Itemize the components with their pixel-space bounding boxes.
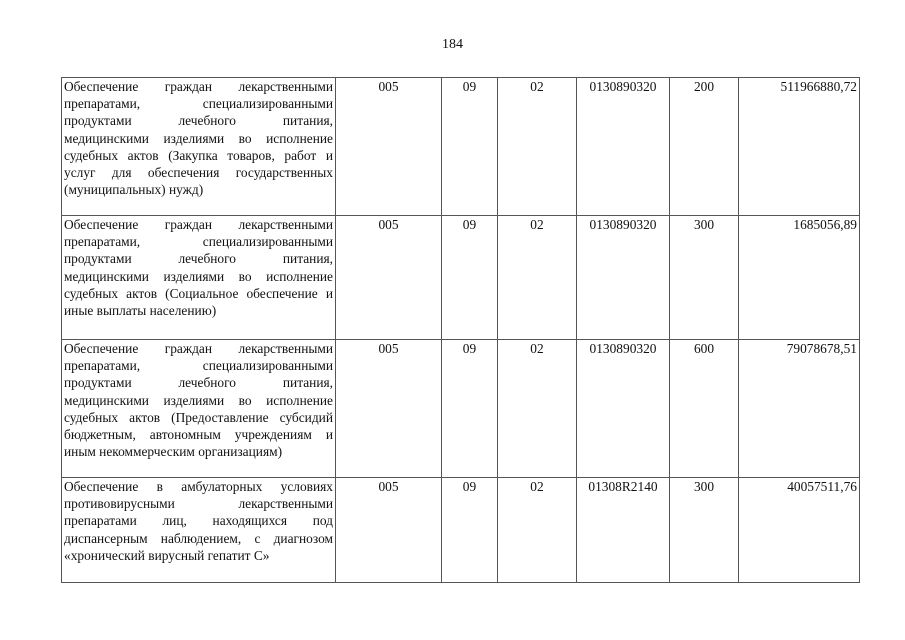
ministry-code: 005 <box>336 478 442 583</box>
subsection-code: 02 <box>498 340 577 478</box>
budget-table: Обеспечение граждан лекарственными препа… <box>61 77 860 583</box>
ministry-code: 005 <box>336 78 442 216</box>
amount: 511966880,72 <box>739 78 860 216</box>
section-code: 09 <box>442 340 498 478</box>
expense-type-code: 600 <box>670 340 739 478</box>
target-article-code: 0130890320 <box>577 216 670 340</box>
row-description: Обеспечение граждан лекарственными препа… <box>62 340 336 478</box>
ministry-code: 005 <box>336 216 442 340</box>
section-code: 09 <box>442 78 498 216</box>
expense-type-code: 300 <box>670 216 739 340</box>
subsection-code: 02 <box>498 478 577 583</box>
row-description: Обеспечение в амбулаторных условиях прот… <box>62 478 336 583</box>
table-row: Обеспечение граждан лекарственными препа… <box>62 78 860 216</box>
row-description: Обеспечение граждан лекарственными препа… <box>62 78 336 216</box>
amount: 1685056,89 <box>739 216 860 340</box>
section-code: 09 <box>442 478 498 583</box>
section-code: 09 <box>442 216 498 340</box>
row-description: Обеспечение граждан лекарственными препа… <box>62 216 336 340</box>
table-row: Обеспечение граждан лекарственными препа… <box>62 216 860 340</box>
expense-type-code: 300 <box>670 478 739 583</box>
target-article-code: 0130890320 <box>577 78 670 216</box>
amount: 40057511,76 <box>739 478 860 583</box>
table-row: Обеспечение в амбулаторных условиях прот… <box>62 478 860 583</box>
target-article-code: 0130890320 <box>577 340 670 478</box>
subsection-code: 02 <box>498 216 577 340</box>
target-article-code: 01308R2140 <box>577 478 670 583</box>
subsection-code: 02 <box>498 78 577 216</box>
page-number: 184 <box>0 37 905 53</box>
amount: 79078678,51 <box>739 340 860 478</box>
expense-type-code: 200 <box>670 78 739 216</box>
ministry-code: 005 <box>336 340 442 478</box>
table-row: Обеспечение граждан лекарственными препа… <box>62 340 860 478</box>
